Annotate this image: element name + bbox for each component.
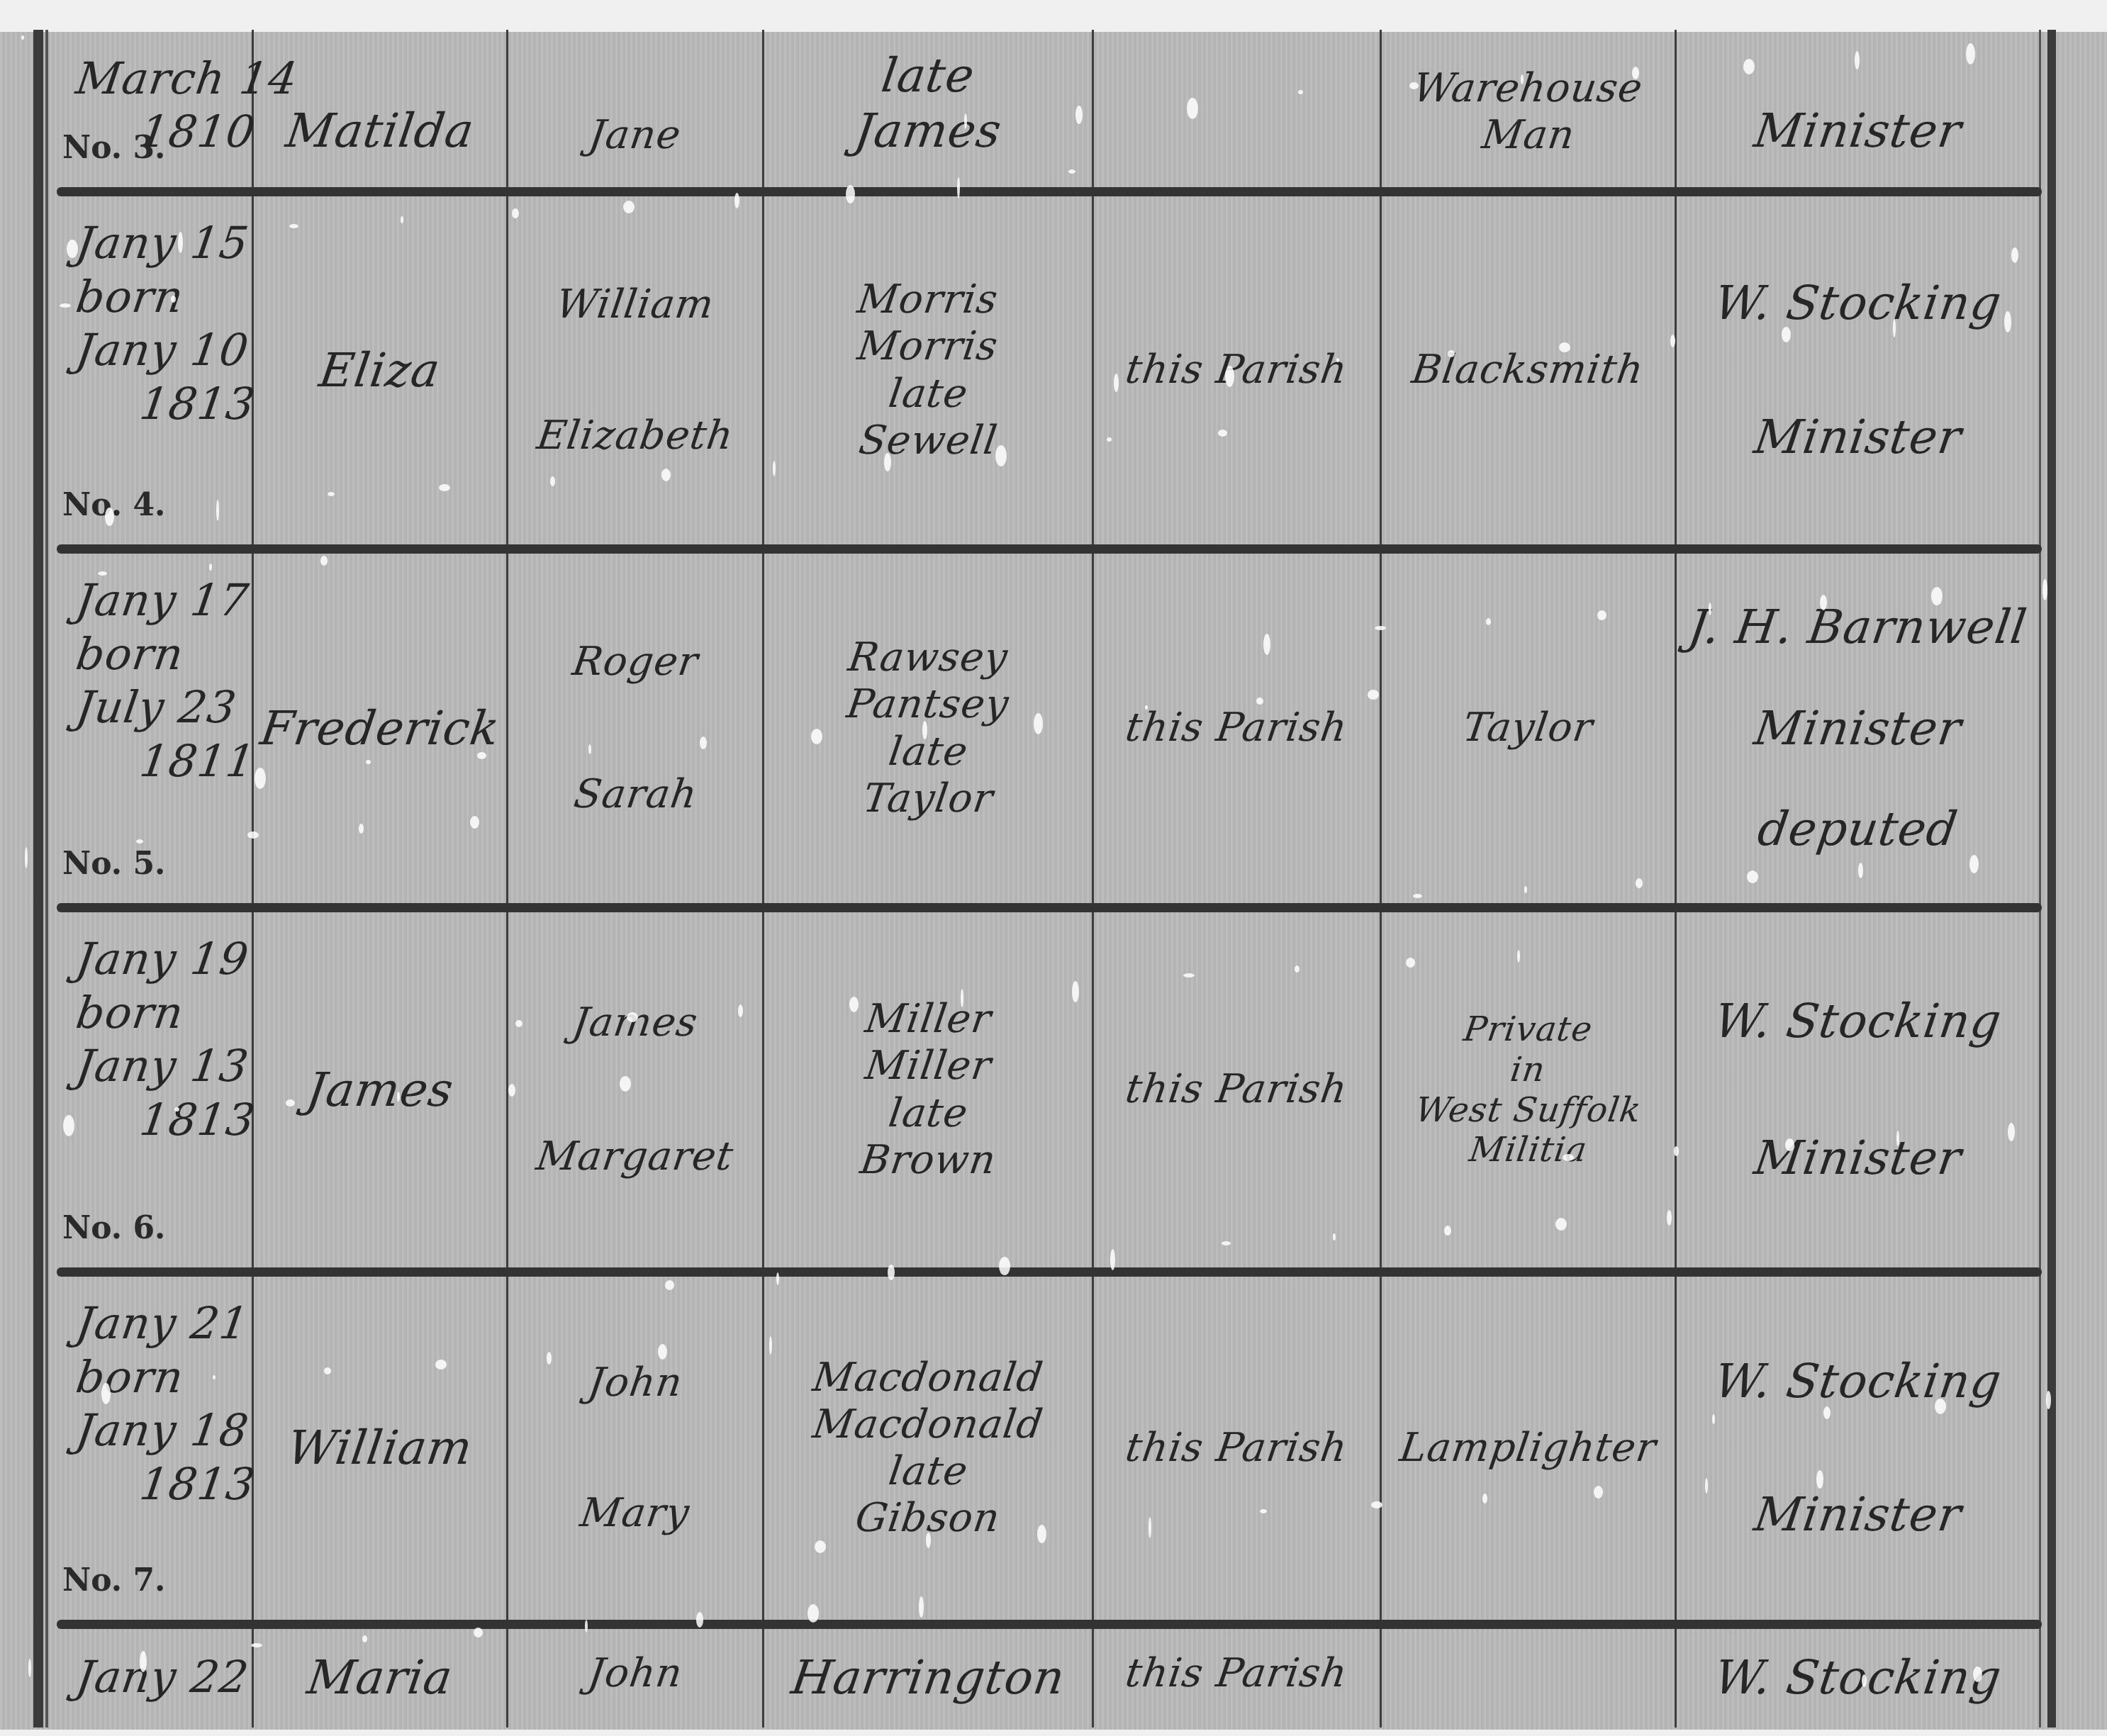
film-speck: [1406, 958, 1415, 968]
handwritten-line: this Parish: [1123, 347, 1351, 393]
parents-names-cell: WilliamElizabeth: [508, 196, 762, 544]
film-speck: [1107, 437, 1112, 442]
film-speck: [957, 177, 960, 198]
film-speck: [1667, 1210, 1672, 1226]
handwritten-line: Private: [1461, 1009, 1595, 1050]
minister-cell: W. StockingMinister: [1677, 196, 2039, 544]
minister-cell: W. StockingMinister: [1677, 1277, 2039, 1620]
handwritten-line: Frederick: [257, 701, 503, 756]
film-speck: [474, 1628, 483, 1637]
film-speck: [1973, 1667, 1982, 1682]
film-speck: [1820, 595, 1827, 610]
row-divider: [57, 1267, 2042, 1277]
handwritten-line: born: [73, 270, 187, 324]
film-speck: [1893, 319, 1896, 337]
film-speck: [1333, 1233, 1336, 1241]
film-speck: [1260, 1509, 1267, 1513]
row-divider: [57, 544, 2042, 554]
handwritten-line: James: [303, 1063, 457, 1118]
film-speck: [738, 1004, 743, 1017]
film-speck: [251, 1643, 262, 1647]
handwritten-line: Sewell: [856, 418, 1000, 464]
handwritten-line: Jany 19: [73, 932, 252, 986]
handwritten-line: Pantsey: [844, 681, 1012, 728]
handwritten-line: Minister: [1750, 1487, 1965, 1542]
handwritten-line: Macdonald: [810, 1401, 1046, 1448]
abode-cell: this Parish: [1094, 554, 1380, 903]
film-speck: [171, 296, 176, 303]
handwritten-line: Rawsey: [845, 634, 1011, 681]
film-speck: [999, 1257, 1010, 1275]
handwritten-line: July 23: [73, 681, 240, 734]
handwritten-line: Miller: [862, 996, 994, 1043]
film-speck: [477, 752, 486, 759]
film-speck: [919, 1596, 924, 1618]
film-speck: [1969, 855, 1979, 873]
film-speck: [1368, 690, 1379, 700]
film-speck: [1068, 169, 1075, 174]
baptism-date-cell: March 141810No. 3.: [48, 30, 280, 187]
handwritten-line: W. Stocking: [1711, 1354, 2005, 1409]
film-speck: [1114, 374, 1119, 392]
film-speck: [1371, 1501, 1382, 1508]
entry-number: No. 6.: [62, 1210, 165, 1246]
handwritten-line: late: [878, 48, 978, 103]
film-speck: [25, 847, 28, 868]
film-speck: [512, 208, 519, 218]
register-entry: Jany 21bornJany 181813No. 7.WilliamJohnM…: [0, 1277, 2107, 1620]
baptism-date-cell: Jany 19bornJany 131813No. 6.: [48, 912, 280, 1267]
film-speck: [1674, 1146, 1679, 1156]
film-speck: [2011, 247, 2018, 263]
film-speck: [1782, 327, 1791, 342]
register-entry: Jany 17bornJuly 231811No. 5.FrederickRog…: [0, 554, 2107, 903]
film-speck: [1597, 610, 1606, 620]
handwritten-line: Lamplighter: [1397, 1425, 1660, 1472]
film-speck: [623, 201, 635, 213]
film-speck: [1559, 342, 1570, 352]
film-speck: [435, 1360, 447, 1370]
film-speck: [665, 1280, 674, 1290]
abode-cell: this Parish: [1094, 1629, 1380, 1730]
film-speck: [585, 1620, 588, 1633]
surname-cell: MillerMillerlateBrown: [764, 912, 1092, 1267]
film-speck: [846, 185, 855, 203]
minister-cell: W. Stocking: [1677, 1629, 2039, 1730]
film-speck: [1966, 43, 1975, 65]
row-divider: [57, 187, 2042, 196]
film-speck: [1295, 965, 1300, 973]
film-speck: [2042, 579, 2047, 600]
handwritten-line: J. H. Barnwell: [1685, 600, 2030, 655]
handwritten-line: William: [553, 281, 717, 328]
entry-number: No. 3.: [62, 130, 165, 166]
film-speck: [700, 737, 707, 749]
page-top-margin: [0, 0, 2107, 32]
film-speck: [1409, 82, 1419, 89]
film-speck: [1747, 870, 1758, 883]
film-speck: [1145, 705, 1148, 710]
handwritten-line: Jany 22: [73, 1650, 252, 1704]
profession-cell: Blacksmith: [1382, 196, 1675, 544]
film-speck: [1413, 894, 1422, 898]
film-speck: [359, 824, 364, 834]
film-speck: [1785, 1138, 1794, 1151]
handwritten-line: Harrington: [788, 1650, 1068, 1706]
handwritten-line: Miller: [862, 1043, 994, 1090]
film-speck: [1816, 1470, 1823, 1489]
handwritten-line: late: [885, 1448, 971, 1495]
handwritten-line: William: [284, 1421, 476, 1476]
register-entry: Jany 19bornJany 131813No. 6.JamesJamesMa…: [0, 912, 2107, 1267]
baptism-date-cell: Jany 17bornJuly 231811No. 5.: [48, 554, 280, 903]
handwritten-line: 1811: [73, 734, 259, 788]
handwritten-line: Maria: [304, 1650, 457, 1706]
film-speck: [884, 453, 891, 471]
film-speck: [1855, 51, 1860, 69]
parents-names-cell: JamesMargaret: [508, 912, 762, 1267]
film-speck: [1075, 106, 1083, 124]
film-speck: [1712, 1414, 1715, 1424]
film-speck: [922, 721, 927, 739]
film-speck: [213, 1375, 216, 1379]
film-speck: [1524, 886, 1527, 893]
film-speck: [588, 744, 591, 754]
handwritten-line: 1813: [73, 377, 259, 431]
handwritten-line: Morris: [855, 276, 1002, 323]
parents-names-cell: John: [508, 1629, 762, 1730]
film-speck: [470, 816, 479, 829]
film-speck: [658, 1344, 667, 1360]
child-name-cell: Eliza: [254, 196, 506, 544]
profession-cell: PrivateinWest SuffolkMilitia: [1382, 912, 1675, 1267]
child-name-cell: William: [254, 1277, 506, 1620]
handwritten-line: Macdonald: [810, 1355, 1046, 1401]
handwritten-line: Warehouse: [1410, 65, 1645, 112]
handwritten-line: Margaret: [534, 1133, 737, 1180]
film-speck: [627, 1012, 638, 1022]
handwritten-line: late: [885, 1090, 971, 1137]
film-speck: [1222, 1241, 1231, 1245]
handwritten-line: Minister: [1750, 701, 1965, 756]
film-speck: [961, 989, 963, 1007]
film-speck: [696, 1612, 703, 1628]
register-entry: Jany 22MariaJohnHarringtonthis ParishW. …: [0, 1629, 2107, 1730]
handwritten-line: 1813: [73, 1093, 259, 1147]
film-speck: [807, 1604, 819, 1623]
handwritten-line: Jany 15: [73, 216, 252, 270]
baptism-date-cell: Jany 15bornJany 101813No. 4.: [48, 196, 280, 544]
film-speck: [1482, 1494, 1487, 1503]
surname-cell: MacdonaldMacdonaldlateGibson: [764, 1277, 1092, 1620]
film-speck: [1670, 335, 1675, 347]
child-name-cell: Matilda: [254, 30, 506, 187]
film-speck: [1183, 973, 1195, 978]
film-speck: [1298, 90, 1303, 94]
film-speck: [2004, 311, 2011, 332]
film-speck: [811, 729, 822, 744]
film-speck: [105, 508, 114, 526]
handwritten-line: Militia: [1467, 1130, 1589, 1170]
handwritten-line: this Parish: [1123, 1066, 1351, 1113]
film-speck: [849, 997, 859, 1012]
film-speck: [1263, 634, 1270, 655]
film-speck: [1148, 1517, 1151, 1538]
film-speck: [1444, 1226, 1451, 1236]
child-name-cell: Maria: [254, 1629, 506, 1730]
baptism-date-cell: Jany 21bornJany 181813No. 7.: [48, 1277, 280, 1620]
film-speck: [1110, 1249, 1115, 1270]
parents-names-cell: JohnMary: [508, 1277, 762, 1620]
film-speck: [1823, 1406, 1831, 1419]
surname-cell: lateJames: [764, 30, 1092, 187]
film-speck: [661, 469, 671, 481]
film-speck: [439, 484, 450, 491]
film-speck: [1225, 366, 1234, 387]
handwritten-line: Jany 21: [73, 1297, 252, 1350]
minister-cell: W. StockingMinister: [1677, 912, 2039, 1267]
profession-cell: [1382, 1629, 1675, 1730]
profession-cell: WarehouseMan: [1382, 30, 1675, 187]
film-speck: [397, 1092, 400, 1102]
film-speck: [1594, 1486, 1603, 1499]
film-speck: [1072, 981, 1079, 1002]
film-speck: [1555, 1218, 1567, 1231]
handwritten-line: Jany 10: [73, 323, 252, 377]
abode-cell: this Parish: [1094, 1277, 1380, 1620]
handwritten-line: in: [1508, 1050, 1548, 1090]
film-speck: [324, 1367, 331, 1374]
handwritten-line: W. Stocking: [1711, 994, 2005, 1049]
film-speck: [1034, 713, 1043, 734]
film-speck: [1037, 1525, 1046, 1543]
film-speck: [620, 1076, 631, 1092]
handwritten-line: Jany 13: [73, 1039, 252, 1093]
abode-cell: [1094, 30, 1380, 187]
film-speck: [67, 240, 78, 258]
film-speck: [1862, 1674, 1867, 1687]
film-speck: [362, 1635, 367, 1642]
handwritten-line: Sarah: [571, 771, 700, 818]
surname-cell: Harrington: [764, 1629, 1092, 1730]
handwritten-line: Mary: [578, 1490, 693, 1537]
film-speck: [1705, 1478, 1708, 1494]
handwritten-line: Morris: [855, 323, 1002, 370]
film-speck: [1448, 350, 1455, 357]
parents-names-cell: RogerSarah: [508, 554, 762, 903]
handwritten-line: Man: [1479, 112, 1577, 159]
film-speck: [174, 1107, 179, 1111]
handwritten-line: this Parish: [1123, 1425, 1351, 1472]
abode-cell: this Parish: [1094, 196, 1380, 544]
film-speck: [320, 556, 328, 566]
film-speck: [515, 1020, 522, 1027]
film-speck: [1636, 878, 1643, 888]
film-speck: [255, 768, 266, 789]
film-speck: [1375, 626, 1386, 630]
film-speck: [366, 760, 371, 764]
handwritten-line: Minister: [1750, 103, 1965, 159]
film-speck: [1521, 74, 1524, 84]
film-speck: [216, 500, 219, 521]
film-speck: [2008, 1123, 2015, 1141]
handwritten-line: late: [885, 729, 971, 775]
register-entry: Jany 15bornJany 101813No. 4.ElizaWilliam…: [0, 196, 2107, 544]
film-speck: [1931, 587, 1943, 605]
handwritten-line: Matilda: [282, 103, 477, 159]
handwritten-line: Jany 17: [73, 573, 252, 627]
handwritten-line: W. Stocking: [1711, 1650, 2005, 1706]
handwritten-line: West Suffolk: [1413, 1090, 1644, 1131]
film-speck: [1563, 1154, 1574, 1161]
baptism-date-cell: Jany 22: [48, 1629, 280, 1730]
film-speck: [209, 564, 212, 571]
handwritten-line: Roger: [569, 639, 701, 685]
profession-cell: Taylor: [1382, 554, 1675, 903]
film-speck: [60, 303, 71, 308]
entry-number: No. 7.: [62, 1562, 165, 1598]
handwritten-line: born: [73, 986, 187, 1040]
film-speck: [550, 476, 555, 486]
handwritten-line: this Parish: [1123, 705, 1351, 751]
handwritten-line: Taylor: [860, 775, 996, 822]
profession-cell: Lamplighter: [1382, 1277, 1675, 1620]
film-speck: [328, 492, 335, 496]
film-speck: [1709, 603, 1711, 615]
handwritten-line: Minister: [1750, 410, 1965, 465]
film-speck: [289, 224, 298, 228]
film-speck: [964, 113, 967, 129]
handwritten-line: Blacksmith: [1409, 347, 1647, 393]
film-speck: [1896, 1131, 1899, 1146]
film-speck: [98, 571, 107, 576]
film-speck: [547, 1352, 552, 1365]
handwritten-line: Elizabeth: [534, 413, 736, 459]
handwritten-line: this Parish: [1123, 1650, 1351, 1697]
page-bottom-margin: [0, 1730, 2107, 1736]
film-speck: [995, 445, 1007, 466]
film-speck: [888, 1265, 895, 1280]
handwritten-line: Minister: [1750, 1131, 1965, 1186]
film-speck: [21, 35, 24, 40]
child-name-cell: Frederick: [254, 554, 506, 903]
film-speck: [776, 1272, 779, 1285]
film-speck: [1517, 950, 1520, 963]
handwritten-line: late: [885, 371, 971, 418]
film-speck: [815, 1540, 826, 1553]
child-name-cell: James: [254, 912, 506, 1267]
film-speck: [1486, 618, 1491, 625]
handwritten-line: deputed: [1755, 802, 1962, 857]
handwritten-line: John: [585, 1650, 686, 1697]
film-speck: [773, 461, 776, 476]
handwritten-line: Eliza: [316, 343, 444, 398]
abode-cell: this Parish: [1094, 912, 1380, 1267]
film-speck: [1935, 1399, 1946, 1414]
film-speck: [1256, 698, 1263, 705]
handwritten-line: 1813: [73, 1457, 259, 1511]
film-speck: [286, 1099, 295, 1107]
handwritten-line: W. Stocking: [1711, 276, 2005, 331]
surname-cell: RawseyPantseylateTaylor: [764, 554, 1092, 903]
film-speck: [63, 1115, 74, 1136]
register-entry: March 141810No. 3.MatildaJanelateJamesWa…: [0, 30, 2107, 187]
film-speck: [28, 1659, 31, 1677]
row-divider: [57, 903, 2042, 912]
row-divider: [57, 1620, 2042, 1629]
film-speck: [734, 193, 739, 208]
handwritten-line: Jany 18: [73, 1404, 252, 1457]
handwritten-line: John: [585, 1360, 686, 1406]
film-speck: [247, 831, 259, 839]
film-speck: [401, 216, 403, 223]
handwritten-line: Jane: [586, 112, 684, 159]
surname-cell: MorrisMorrislateSewell: [764, 196, 1092, 544]
film-speck: [926, 1533, 931, 1548]
film-speck: [101, 1383, 111, 1404]
film-speck: [1218, 430, 1227, 437]
entry-number: No. 5.: [62, 846, 165, 882]
film-speck: [1632, 67, 1639, 79]
handwritten-line: James: [851, 103, 1005, 159]
handwritten-line: Brown: [857, 1137, 999, 1184]
handwritten-line: born: [73, 1350, 187, 1404]
film-speck: [178, 232, 183, 253]
handwritten-line: James: [569, 999, 700, 1046]
film-speck: [1336, 358, 1339, 362]
handwritten-line: Taylor: [1460, 705, 1597, 751]
film-speck: [2046, 1391, 2051, 1409]
film-speck: [1187, 98, 1198, 119]
minister-cell: J. H. BarnwellMinisterdeputed: [1677, 554, 2039, 903]
film-speck: [140, 1651, 147, 1672]
film-speck: [508, 1084, 515, 1097]
film-speck: [136, 839, 143, 844]
handwritten-line: born: [73, 627, 187, 681]
film-speck: [769, 1336, 772, 1355]
parents-names-cell: Jane: [508, 30, 762, 187]
film-speck: [1858, 863, 1863, 878]
film-speck: [1743, 59, 1755, 74]
